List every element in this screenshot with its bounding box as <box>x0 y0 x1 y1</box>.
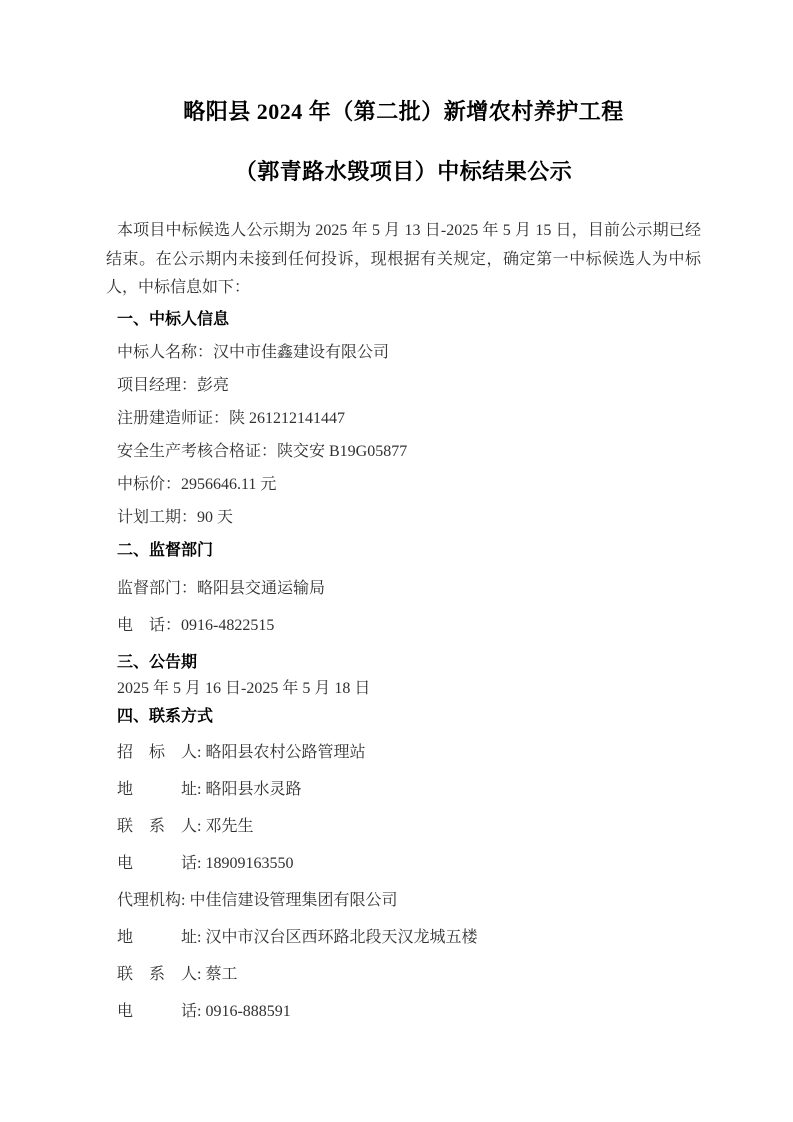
detail-line: 计划工期：90 天 <box>106 507 701 529</box>
document-page: 略阳县 2024 年（第二批）新增农村养护工程 （郭青路水毁项目）中标结果公示 … <box>0 0 793 1122</box>
section-2: 二、监督部门监督部门：略阳县交通运输局电 话：0916-4822515 <box>106 540 701 637</box>
detail-line: 监督部门：略阳县交通运输局 <box>106 578 701 600</box>
detail-line: 电 话: 0916-888591 <box>106 1001 701 1023</box>
section-heading: 二、监督部门 <box>106 540 701 562</box>
document-title-line1: 略阳县 2024 年（第二批）新增农村养护工程 <box>106 97 701 127</box>
detail-line: 项目经理：彭亮 <box>106 375 701 397</box>
section-3: 三、公告期2025 年 5 月 16 日-2025 年 5 月 18 日 <box>106 652 701 700</box>
detail-line: 注册建造师证：陕 261212141447 <box>106 408 701 430</box>
sections-container: 一、中标人信息中标人名称：汉中市佳鑫建设有限公司项目经理：彭亮注册建造师证：陕 … <box>106 309 701 1023</box>
section-1: 一、中标人信息中标人名称：汉中市佳鑫建设有限公司项目经理：彭亮注册建造师证：陕 … <box>106 309 701 529</box>
section-heading: 三、公告期 <box>106 652 701 674</box>
detail-line: 招 标 人: 略阳县农村公路管理站 <box>106 742 701 764</box>
detail-line: 地 址: 略阳县水灵路 <box>106 779 701 801</box>
detail-line: 联 系 人: 邓先生 <box>106 816 701 838</box>
detail-line: 2025 年 5 月 16 日-2025 年 5 月 18 日 <box>106 678 701 700</box>
document-title-line2: （郭青路水毁项目）中标结果公示 <box>106 157 701 187</box>
intro-paragraph: 本项目中标候选人公示期为 2025 年 5 月 13 日-2025 年 5 月 … <box>106 217 701 303</box>
detail-line: 联 系 人: 蔡工 <box>106 964 701 986</box>
section-heading: 四、联系方式 <box>106 706 701 728</box>
detail-line: 安全生产考核合格证：陕交安 B19G05877 <box>106 441 701 463</box>
section-4: 四、联系方式招 标 人: 略阳县农村公路管理站地 址: 略阳县水灵路联 系 人:… <box>106 706 701 1023</box>
detail-line: 地 址: 汉中市汉台区西环路北段天汉龙城五楼 <box>106 927 701 949</box>
detail-line: 中标人名称：汉中市佳鑫建设有限公司 <box>106 342 701 364</box>
detail-line: 代理机构: 中佳信建设管理集团有限公司 <box>106 890 701 912</box>
section-heading: 一、中标人信息 <box>106 309 701 331</box>
detail-line: 中标价：2956646.11 元 <box>106 474 701 496</box>
detail-line: 电 话：0916-4822515 <box>106 615 701 637</box>
detail-line: 电 话: 18909163550 <box>106 853 701 875</box>
